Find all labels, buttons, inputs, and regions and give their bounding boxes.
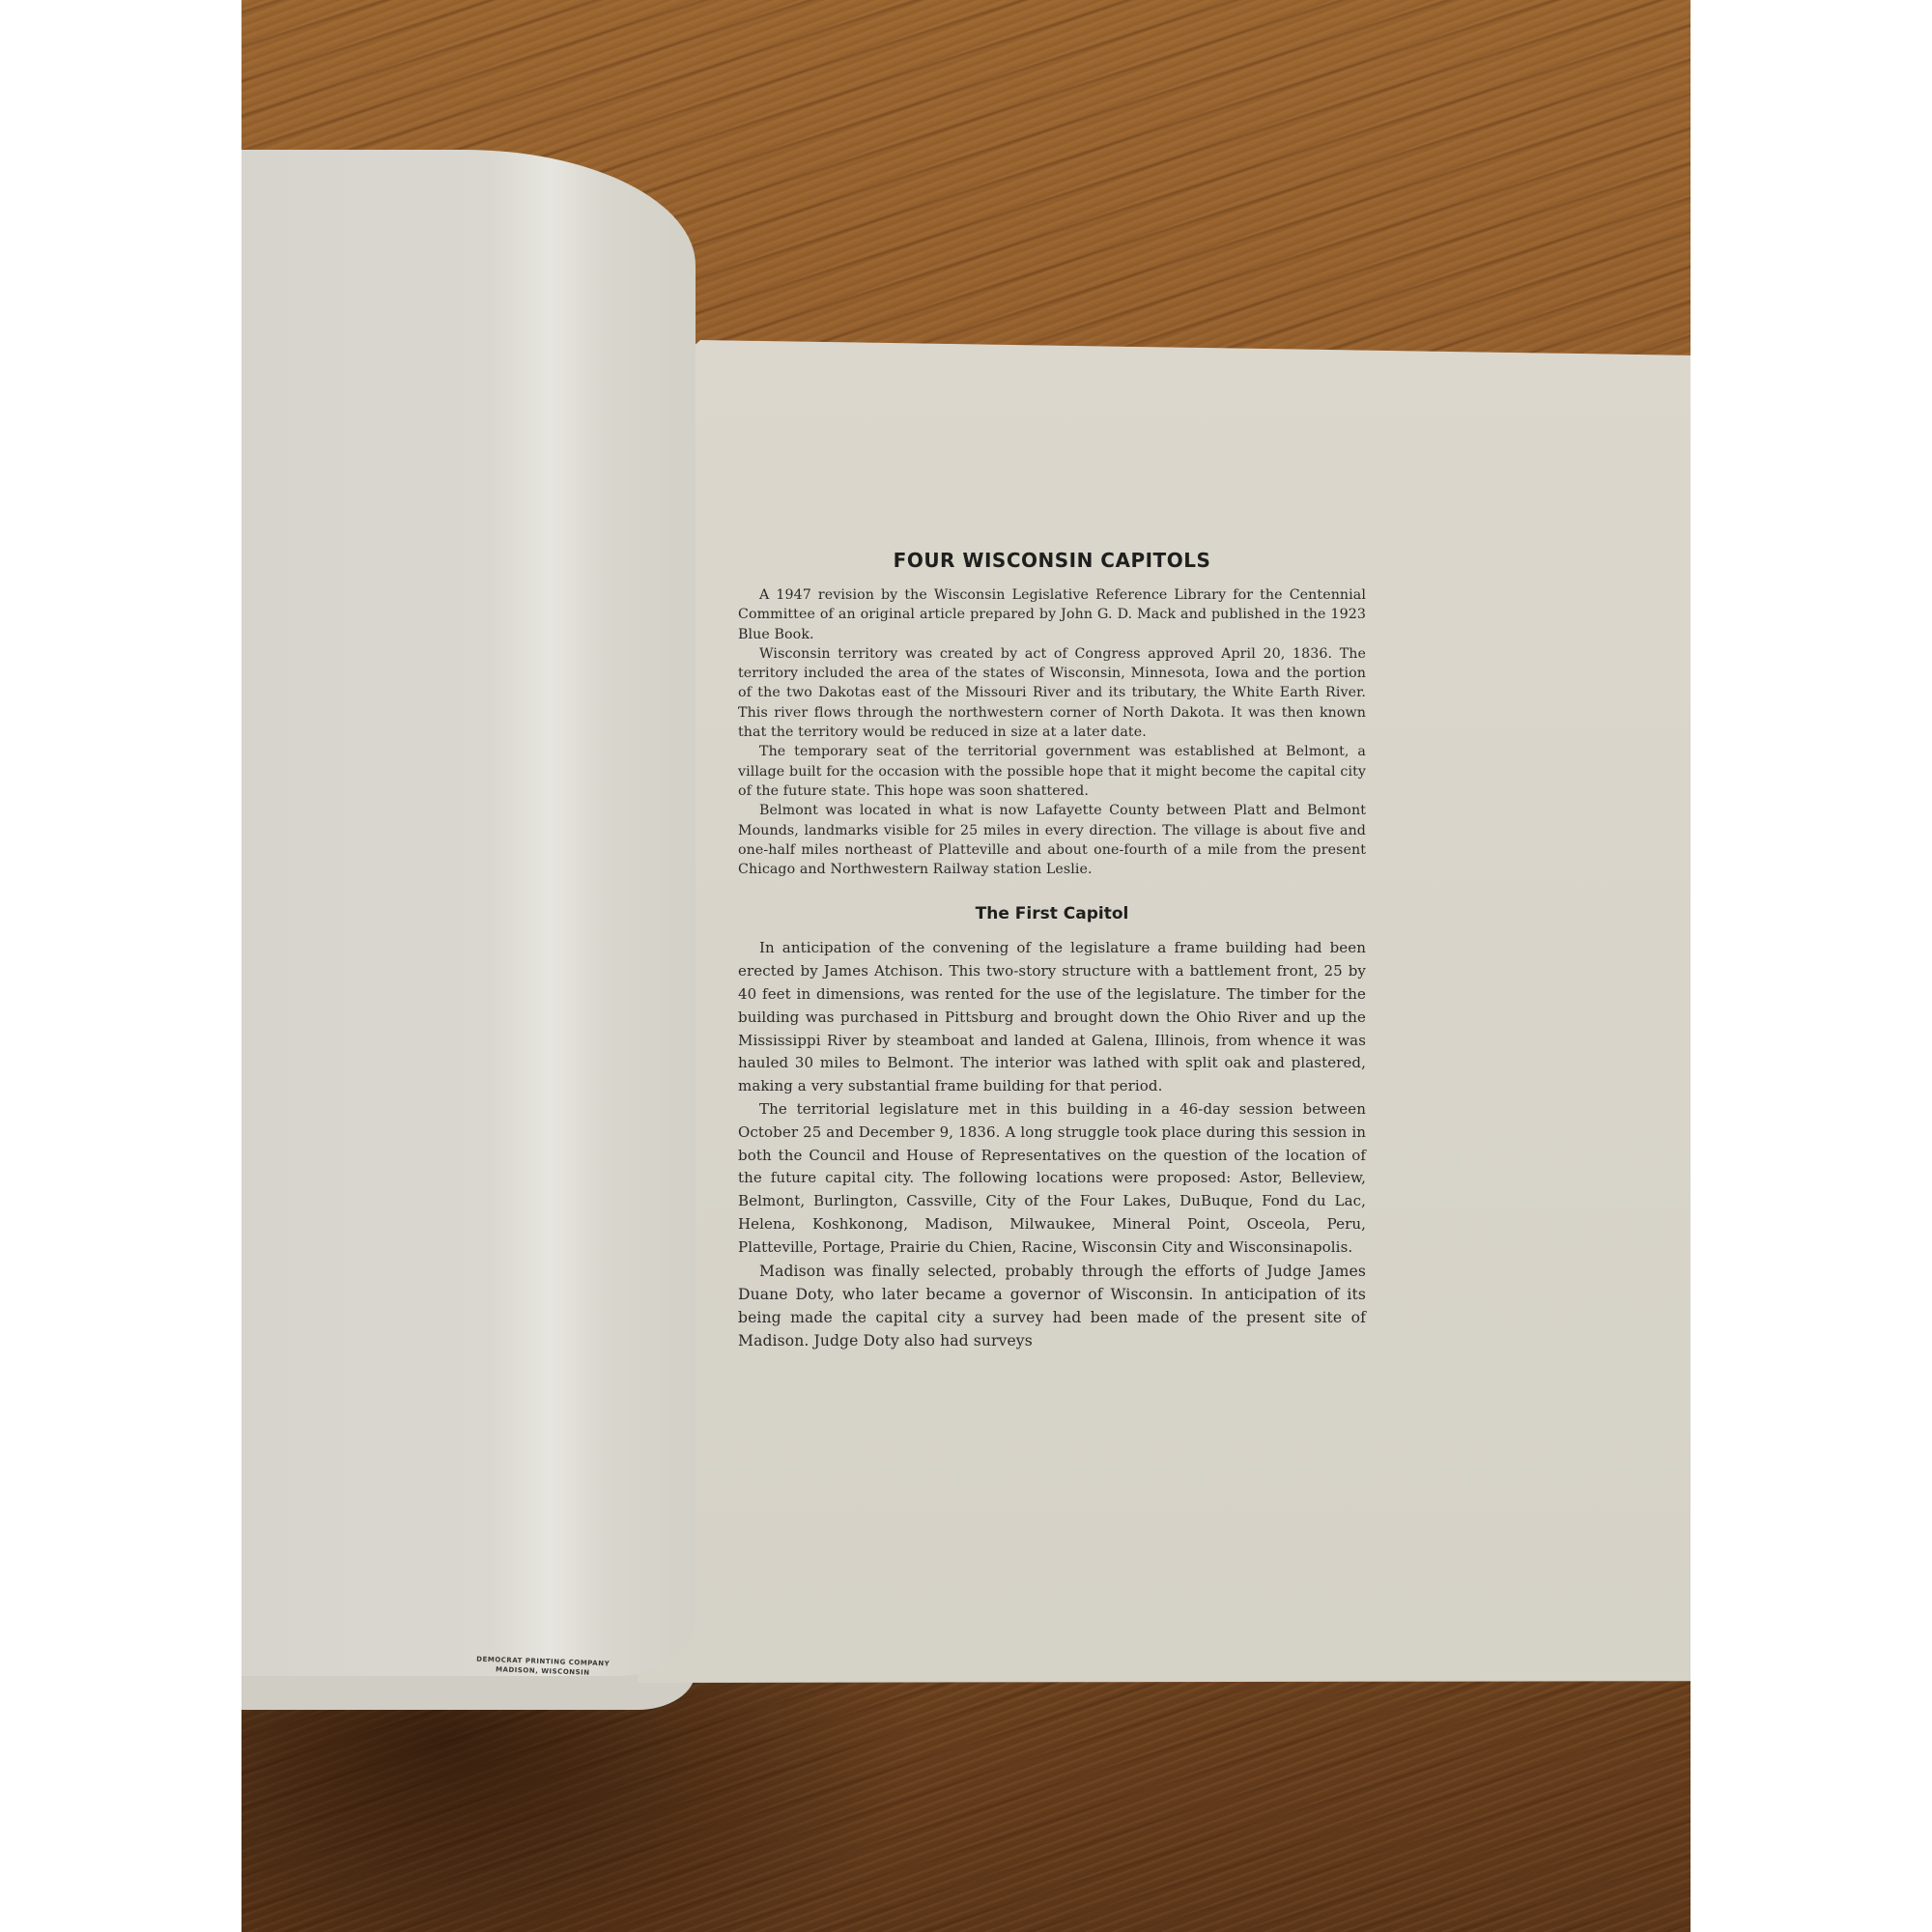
page-text: FOUR WISCONSIN CAPITOLS A 1947 revision …: [738, 549, 1366, 1352]
page-title: FOUR WISCONSIN CAPITOLS: [738, 549, 1366, 572]
section-paragraph: The territorial legislature met in this …: [738, 1098, 1366, 1260]
section-heading: The First Capitol: [738, 904, 1366, 923]
intro-paragraph: Wisconsin territory was created by act o…: [738, 644, 1366, 742]
intro-paragraph: The temporary seat of the territorial go…: [738, 742, 1366, 801]
section-paragraph: Madison was finally selected, probably t…: [738, 1260, 1366, 1353]
left-page-blank: DEMOCRAT PRINTING COMPANY MADISON, WISCO…: [241, 150, 696, 1676]
intro-paragraph: Belmont was located in what is now Lafay…: [738, 801, 1366, 879]
printer-imprint: DEMOCRAT PRINTING COMPANY MADISON, WISCO…: [446, 1654, 640, 1680]
intro-paragraph: A 1947 revision by the Wisconsin Legisla…: [738, 585, 1366, 644]
section-paragraph: In anticipation of the convening of the …: [738, 937, 1366, 1098]
